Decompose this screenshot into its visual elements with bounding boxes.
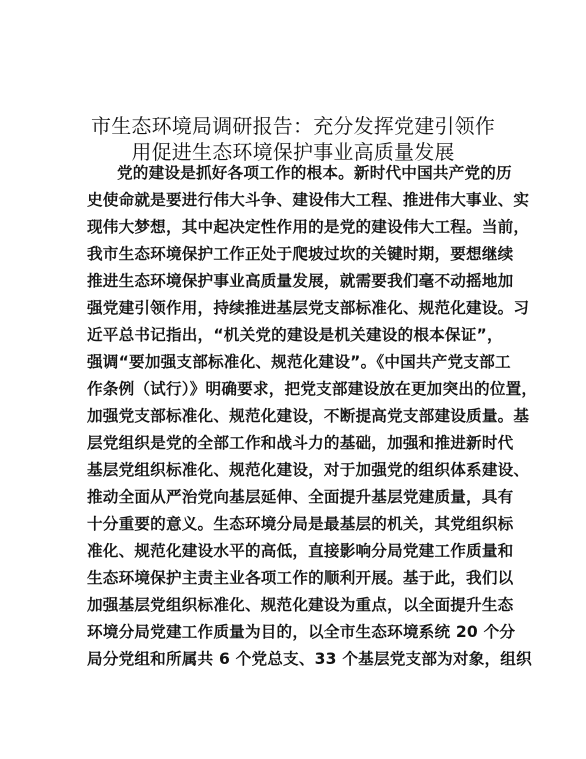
body-line: 基层党组织标准化、规范化建设，对于加强党的组织体系建设、 — [87, 457, 499, 484]
body-line: 准化、规范化建设水平的高低，直接影响分局党建工作质量和 — [87, 538, 499, 565]
body-line: 强党建引领作用，持续推进基层党支部标准化、规范化建设。习 — [87, 295, 499, 322]
document-title: 市生态环境局调研报告：充分发挥党建引领作 用促进生态环境保护事业高质量发展 — [60, 113, 526, 165]
title-line-1: 市生态环境局调研报告：充分发挥党建引领作 — [60, 113, 526, 139]
body-line: 加强基层党组织标准化、规范化建设为重点，以全面提升生态 — [87, 592, 499, 619]
body-line: 党的建设是抓好各项工作的根本。新时代中国共产党的历 — [87, 160, 499, 187]
body-line: 环境分局党建工作质量为目的，以全市生态环境系统 20 个分 — [87, 619, 499, 646]
body-line: 史使命就是要进行伟大斗争、建设伟大工程、推进伟大事业、实 — [87, 187, 499, 214]
body-line: 近平总书记指出，“机关党的建设是机关建设的根本保证”， — [87, 322, 499, 349]
body-line: 我市生态环境保护工作正处于爬坡过坎的关键时期，要想继续 — [87, 241, 499, 268]
body-line: 层党组织是党的全部工作和战斗力的基础，加强和推进新时代 — [87, 430, 499, 457]
body-line: 推进生态环境保护事业高质量发展，就需要我们毫不动摇地加 — [87, 268, 499, 295]
body-line: 生态环境保护主责主业各项工作的顺利开展。基于此，我们以 — [87, 565, 499, 592]
body-line: 加强党支部标准化、规范化建设，不断提高党支部建设质量。基 — [87, 403, 499, 430]
body-line: 推动全面从严治党向基层延伸、全面提升基层党建质量，具有 — [87, 484, 499, 511]
body-line: 强调“要加强支部标准化、规范化建设”。《中国共产党支部工 — [87, 349, 499, 376]
body-line: 作条例（试行）》明确要求，把党支部建设放在更加突出的位置， — [87, 376, 499, 403]
body-line: 十分重要的意义。生态环境分局是最基层的机关，其党组织标 — [87, 511, 499, 538]
document-page: 市生态环境局调研报告：充分发挥党建引领作 用促进生态环境保护事业高质量发展 党的… — [0, 0, 586, 759]
body-paragraph: 党的建设是抓好各项工作的根本。新时代中国共产党的历 史使命就是要进行伟大斗争、建… — [87, 160, 499, 673]
body-line: 现伟大梦想，其中起决定性作用的是党的建设伟大工程。当前， — [87, 214, 499, 241]
body-line: 局分党组和所属共 6 个党总支、33 个基层党支部为对象，组织 — [87, 646, 499, 673]
